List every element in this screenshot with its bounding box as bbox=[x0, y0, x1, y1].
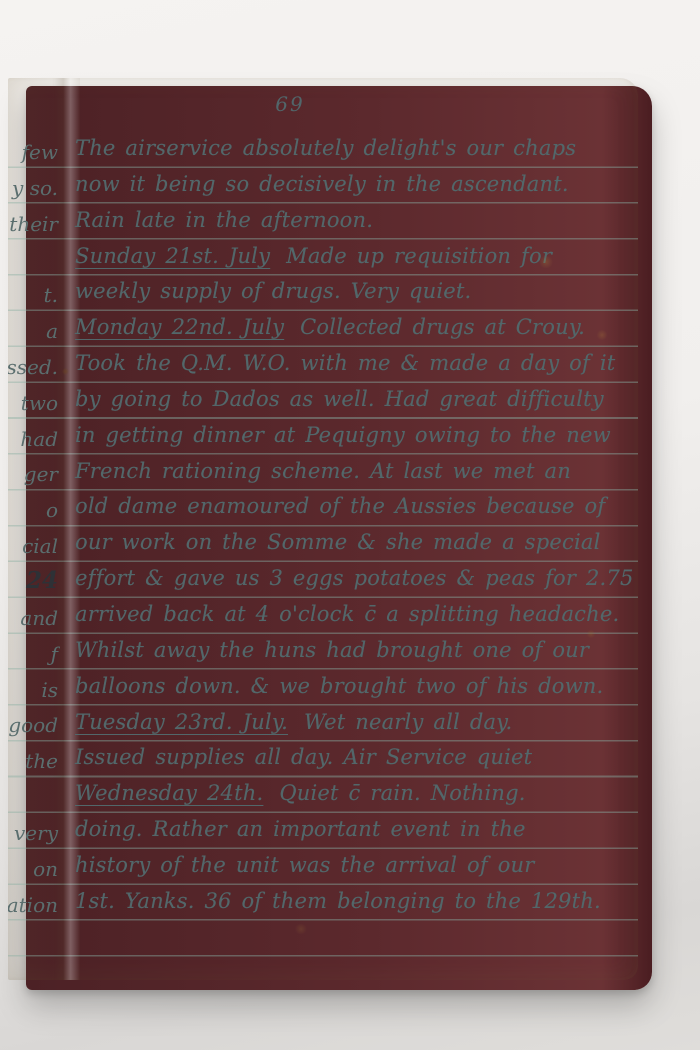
page-number: 69 bbox=[260, 92, 320, 116]
entry-text: French rationing scheme. At last we met … bbox=[75, 459, 571, 483]
diary-line: Monday 22nd. JulyCollected drugs at Crou… bbox=[75, 310, 638, 346]
margin-fragment: cial bbox=[8, 525, 60, 561]
margin-fragment: had bbox=[8, 418, 60, 454]
margin-fragment: on bbox=[8, 848, 60, 884]
entry-date: Wednesday 24th. bbox=[75, 781, 263, 805]
entry-text: doing. Rather an important event in the bbox=[75, 817, 526, 841]
entry-text: balloons down. & we brought two of his d… bbox=[75, 674, 603, 698]
entry-text: 1st. Yanks. 36 of them belonging to the … bbox=[75, 889, 601, 913]
stain-spot bbox=[538, 256, 554, 268]
diary-line: The airservice absolutely delight's our … bbox=[75, 131, 638, 167]
margin-fragment: the bbox=[8, 740, 60, 776]
entry-text: Wet nearly all day. bbox=[304, 710, 512, 734]
entry-date: Tuesday 23rd. July. bbox=[75, 710, 288, 734]
photo-backdrop: 69 few y so. their t. a gassed. two had … bbox=[0, 0, 700, 1050]
margin-fragment: y so. bbox=[8, 167, 60, 203]
stain-spot bbox=[586, 630, 596, 638]
facing-page-fragments: few y so. their t. a gassed. two had ger… bbox=[8, 131, 60, 920]
diary-line: balloons down. & we brought two of his d… bbox=[75, 669, 638, 705]
entry-text: Quiet c̄ rain. Nothing. bbox=[279, 781, 525, 805]
diary-line: Sunday 21st. JulyMade up requisition for bbox=[75, 239, 638, 275]
margin-fragment bbox=[8, 776, 60, 812]
diary-line: Tuesday 23rd. July.Wet nearly all day. bbox=[75, 705, 638, 741]
entry-text: arrived back at 4 o'clock c̄ a splitting… bbox=[75, 602, 619, 626]
margin-fragment: t. bbox=[8, 274, 60, 310]
entry-text: weekly supply of drugs. Very quiet. bbox=[75, 279, 471, 303]
margin-fragment: and bbox=[8, 597, 60, 633]
entry-text: Whilst away the huns had brought one of … bbox=[75, 638, 589, 662]
diary-line: 1st. Yanks. 36 of them belonging to the … bbox=[75, 884, 638, 920]
entry-text: The airservice absolutely delight's our … bbox=[75, 136, 576, 160]
entry-date: Sunday 21st. July bbox=[75, 244, 270, 268]
margin-fragment: a bbox=[8, 310, 60, 346]
entry-text: Issued supplies all day. Air Service qui… bbox=[75, 745, 532, 769]
entry-text: Made up requisition for bbox=[286, 244, 552, 268]
diary-line: by going to Dados as well. Had great dif… bbox=[75, 382, 638, 418]
margin-fragment: very bbox=[8, 812, 60, 848]
margin-fragment: two bbox=[8, 382, 60, 418]
entry-text: by going to Dados as well. Had great dif… bbox=[75, 387, 604, 411]
diary-line: history of the unit was the arrival of o… bbox=[75, 848, 638, 884]
diary-line: old dame enamoured of the Aussies becaus… bbox=[75, 489, 638, 525]
margin-fragment: is bbox=[8, 669, 60, 705]
diary-line: our work on the Somme & she made a speci… bbox=[75, 525, 638, 561]
margin-fragment: gassed. bbox=[8, 346, 60, 382]
margin-fragment: their bbox=[8, 203, 60, 239]
stain-spot bbox=[294, 924, 308, 934]
margin-fragment: ger bbox=[8, 454, 60, 490]
stain-spot bbox=[596, 330, 608, 340]
diary-line: Issued supplies all day. Air Service qui… bbox=[75, 740, 638, 776]
entry-text: old dame enamoured of the Aussies becaus… bbox=[75, 494, 605, 518]
stain-spot bbox=[62, 368, 69, 375]
diary-line: Rain late in the afternoon. bbox=[75, 203, 638, 239]
entry-text: effort & gave us 3 eggs potatoes & peas … bbox=[75, 566, 634, 590]
diary-line: doing. Rather an important event in the bbox=[75, 812, 638, 848]
diary-line: Wednesday 24th.Quiet c̄ rain. Nothing. bbox=[75, 776, 638, 812]
diary-line: now it being so decisively in the ascend… bbox=[75, 167, 638, 203]
diary-line: weekly supply of drugs. Very quiet. bbox=[75, 274, 638, 310]
entry-text: history of the unit was the arrival of o… bbox=[75, 853, 535, 877]
entry-text: in getting dinner at Pequigny owing to t… bbox=[75, 423, 611, 447]
margin-fragment: ation bbox=[8, 884, 60, 920]
margin-fragment: o bbox=[8, 489, 60, 525]
entry-date: Monday 22nd. July bbox=[75, 315, 284, 339]
entry-text: now it being so decisively in the ascend… bbox=[75, 172, 569, 196]
notebook-page: 69 few y so. their t. a gassed. two had … bbox=[8, 78, 638, 980]
margin-fragment: ƒ bbox=[8, 633, 60, 669]
margin-fragment: 24 bbox=[8, 561, 60, 597]
diary-line: arrived back at 4 o'clock c̄ a splitting… bbox=[75, 597, 638, 633]
diary-line: effort & gave us 3 eggs potatoes & peas … bbox=[75, 561, 638, 597]
entry-text: Took the Q.M. W.O. with me & made a day … bbox=[75, 351, 615, 375]
margin-fragment: few bbox=[8, 131, 60, 167]
diary-line: Whilst away the huns had brought one of … bbox=[75, 633, 638, 669]
margin-fragment: good bbox=[8, 705, 60, 741]
entry-text: Collected drugs at Crouy. bbox=[300, 315, 585, 339]
diary-line: French rationing scheme. At last we met … bbox=[75, 454, 638, 490]
diary-line: in getting dinner at Pequigny owing to t… bbox=[75, 418, 638, 454]
entry-text: Rain late in the afternoon. bbox=[75, 208, 373, 232]
diary-text: The airservice absolutely delight's our … bbox=[75, 131, 638, 920]
margin-fragment bbox=[8, 239, 60, 275]
diary-line: Took the Q.M. W.O. with me & made a day … bbox=[75, 346, 638, 382]
entry-text: our work on the Somme & she made a speci… bbox=[75, 530, 601, 554]
